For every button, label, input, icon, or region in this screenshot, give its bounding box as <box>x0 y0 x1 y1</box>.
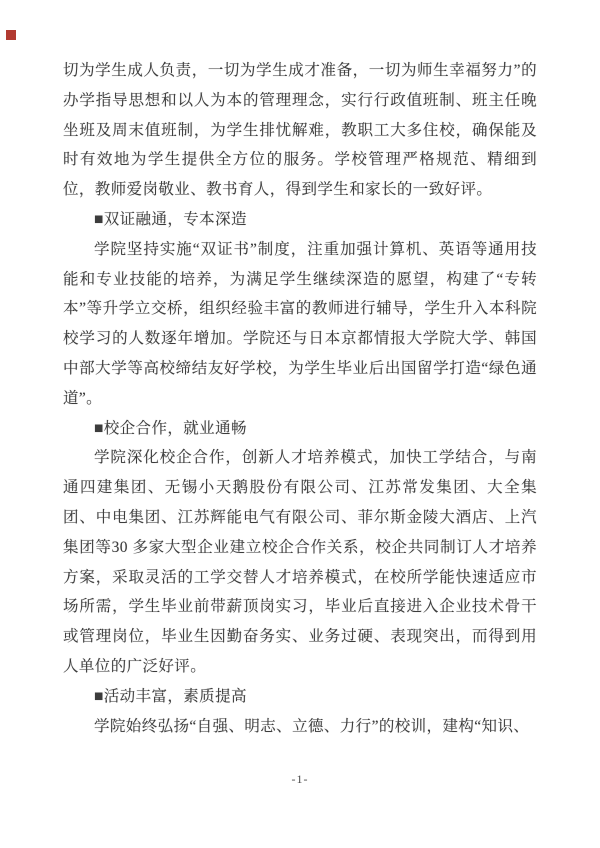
document-paragraph: 学院深化校企合作，创新人才培养模式，加快工学结合，与南通四建集团、无锡小天鹅股份… <box>63 443 537 681</box>
section-heading: ■活动丰富，素质提高 <box>63 682 537 712</box>
page-number: -1- <box>0 772 600 787</box>
document-page: 切为学生成人负责，一切为学生成才准备，一切为师生幸福努力”的办学指导思想和以人为… <box>0 0 600 848</box>
document-paragraph: 切为学生成人负责，一切为学生成才准备，一切为师生幸福努力”的办学指导思想和以人为… <box>63 56 537 205</box>
red-square-marker <box>6 30 16 40</box>
document-paragraph: 学院始终弘扬“自强、明志、立德、力行”的校训，建构“知识、 <box>63 712 537 742</box>
document-body: 切为学生成人负责，一切为学生成才准备，一切为师生幸福努力”的办学指导思想和以人为… <box>63 56 537 741</box>
section-heading: ■双证融通，专本深造 <box>63 205 537 235</box>
section-heading: ■校企合作，就业通畅 <box>63 414 537 444</box>
document-paragraph: 学院坚持实施“双证书”制度，注重加强计算机、英语等通用技能和专业技能的培养，为满… <box>63 235 537 414</box>
